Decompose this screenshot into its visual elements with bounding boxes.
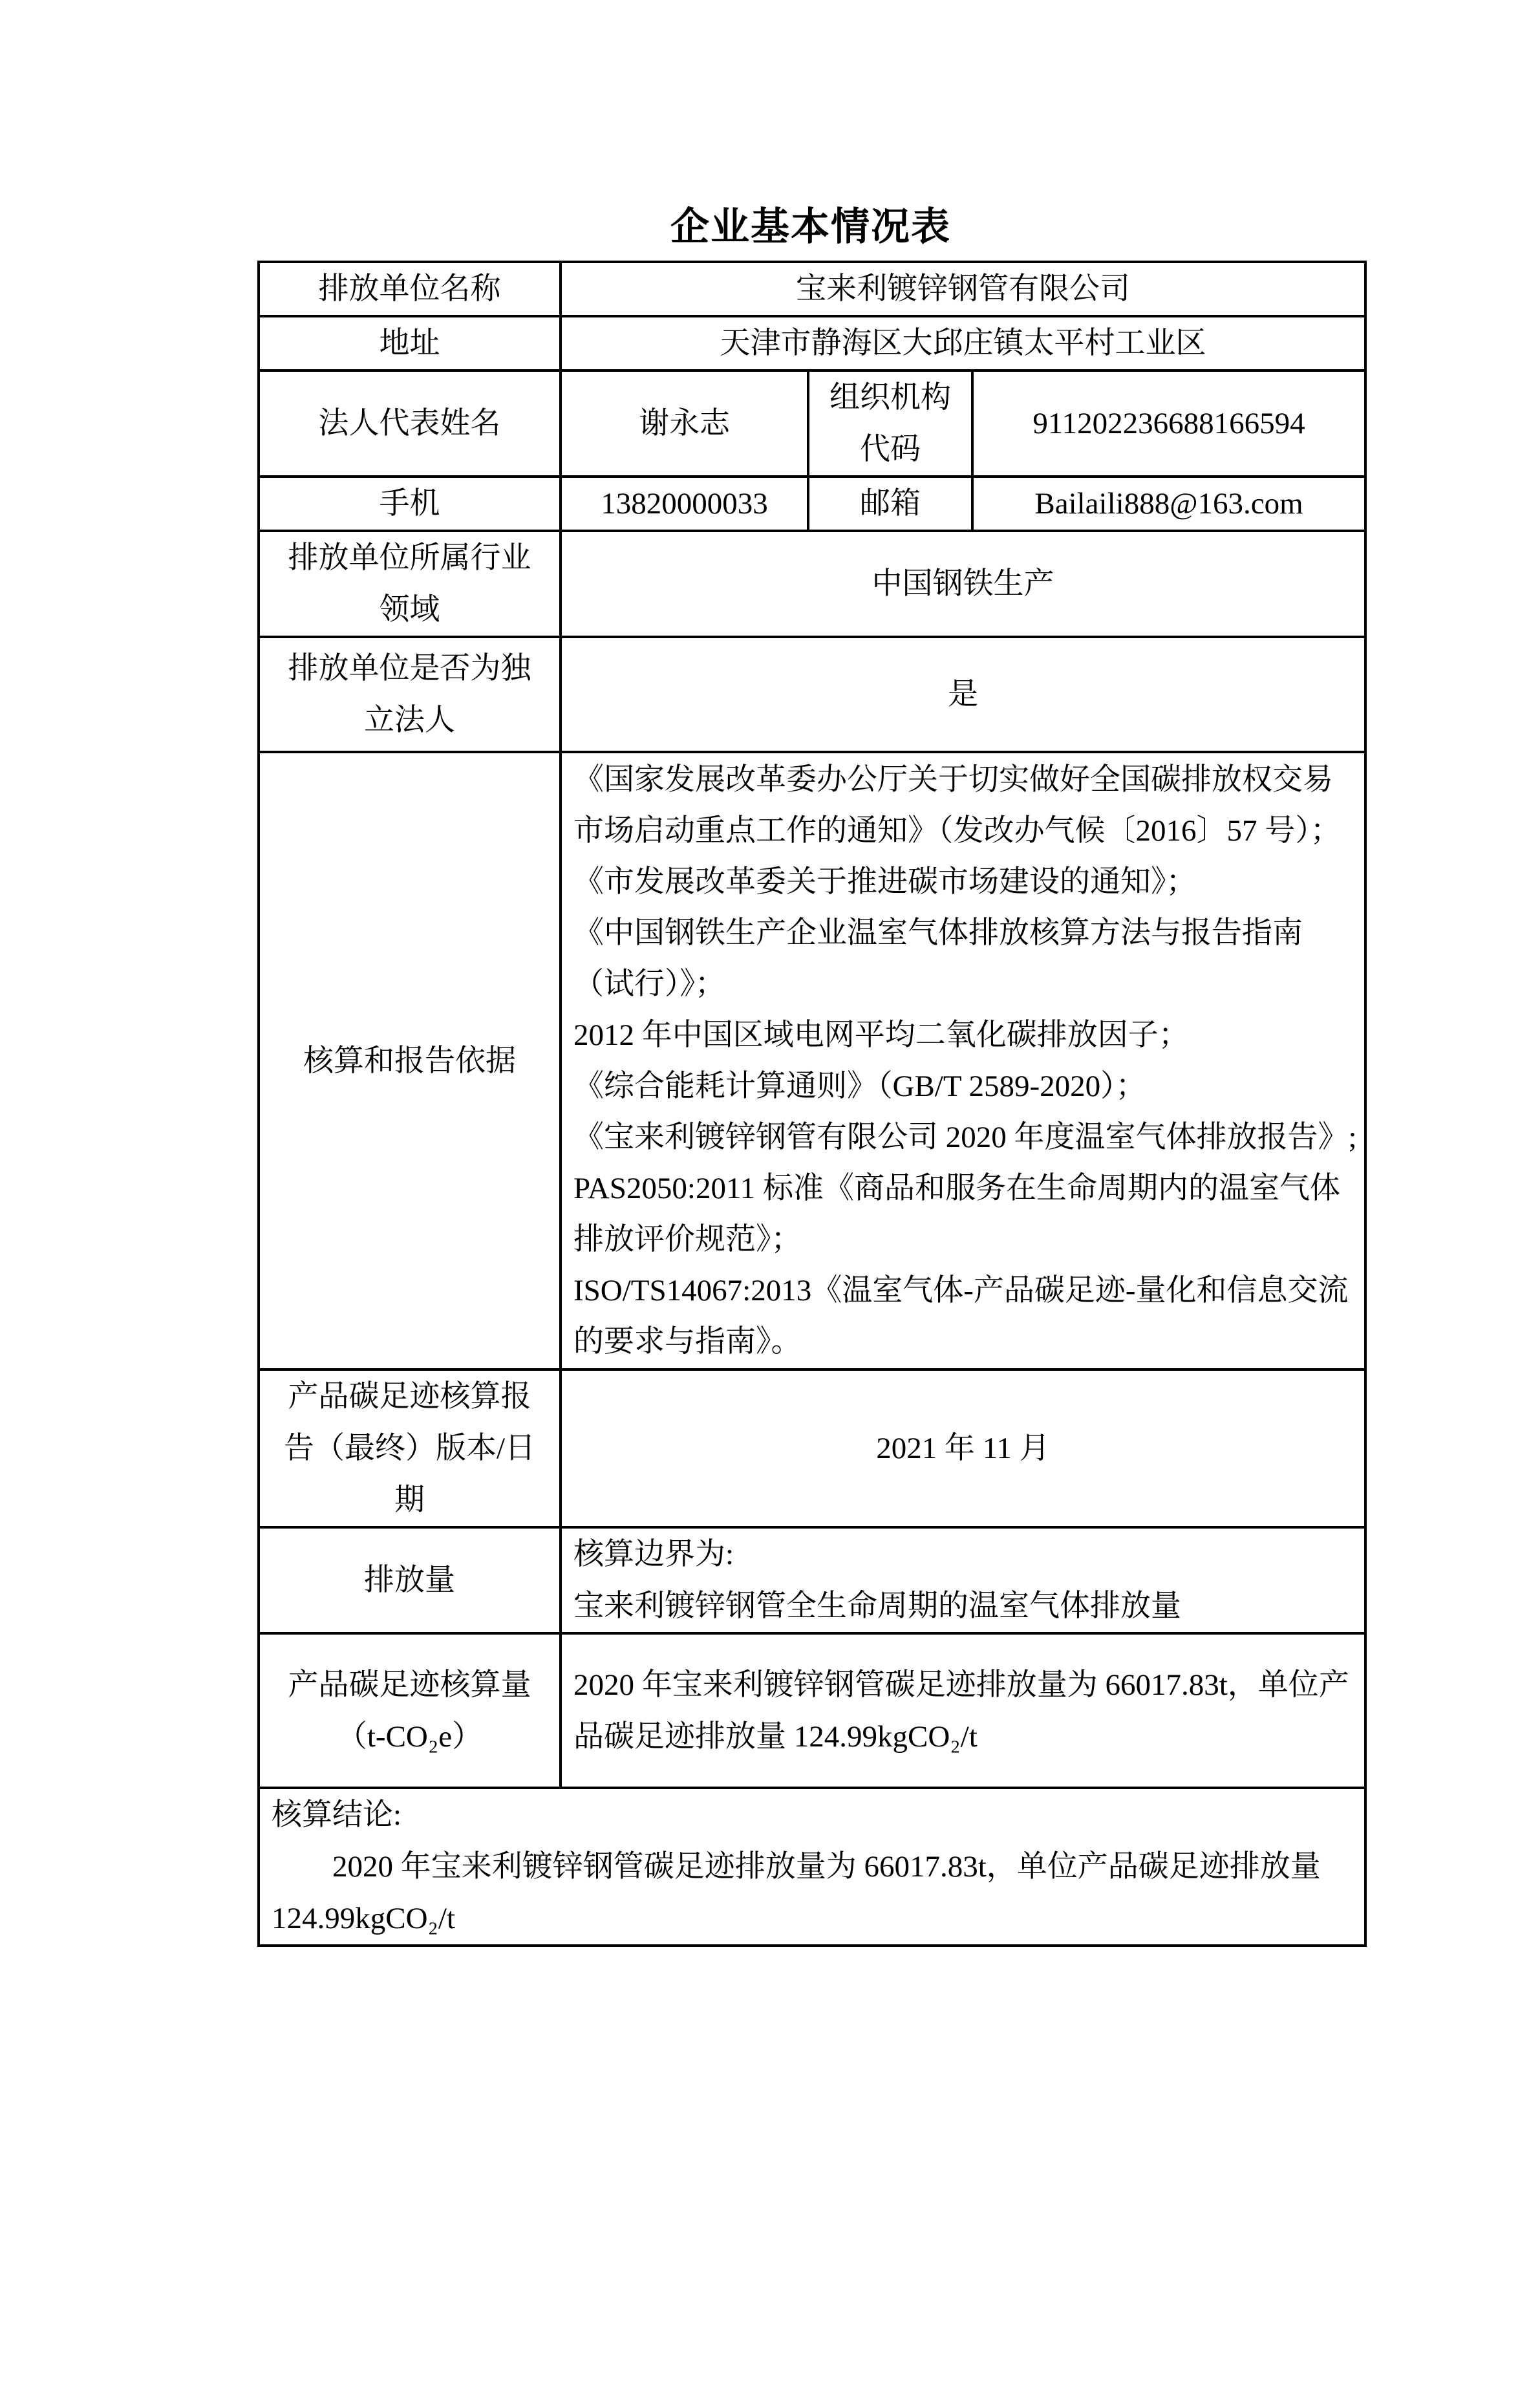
conclusion-cell: 核算结论: 2020 年宝来利镀锌钢管碳足迹排放量为 66017.83t，单位产… (259, 1788, 1365, 1946)
field-emitter-name-label: 排放单位名称 (259, 262, 561, 316)
field-industry-label: 排放单位所属行业 领域 (259, 531, 561, 637)
table-row: 排放量 核算边界为: 宝来利镀锌钢管全生命周期的温室气体排放量 (259, 1527, 1365, 1633)
page-title: 企业基本情况表 (257, 206, 1364, 248)
field-email-label: 邮箱 (808, 477, 972, 531)
field-emissions-value: 核算边界为: 宝来利镀锌钢管全生命周期的温室气体排放量 (561, 1527, 1365, 1633)
field-report-version-label: 产品碳足迹核算报 告（最终）版本/日 期 (259, 1369, 561, 1527)
field-emissions-label: 排放量 (259, 1527, 561, 1633)
field-mobile-value: 13820000033 (561, 477, 808, 531)
field-legal-rep-label: 法人代表姓名 (259, 370, 561, 477)
table-row: 产品碳足迹核算量 （t-CO₂e） 2020 年宝来利镀锌钢管碳足迹排放量为 6… (259, 1633, 1365, 1788)
field-footprint-amount-value: 2020 年宝来利镀锌钢管碳足迹排放量为 66017.83t，单位产 品碳足迹排… (561, 1633, 1365, 1788)
field-org-code-label: 组织机构 代码 (808, 370, 972, 477)
field-address-label: 地址 (259, 316, 561, 370)
field-accounting-basis-label: 核算和报告依据 (259, 752, 561, 1369)
field-independent-entity-value: 是 (561, 637, 1365, 752)
table-row: 排放单位所属行业 领域 中国钢铁生产 (259, 531, 1365, 637)
field-mobile-label: 手机 (259, 477, 561, 531)
field-legal-rep-value: 谢永志 (561, 370, 808, 477)
field-address-value: 天津市静海区大邱庄镇太平村工业区 (561, 316, 1365, 370)
document-page: { "title": "企业基本情况表", "table": { "rows":… (0, 206, 1540, 2384)
table-row: 排放单位名称 宝来利镀锌钢管有限公司 (259, 262, 1365, 316)
table-row: 地址 天津市静海区大邱庄镇太平村工业区 (259, 316, 1365, 370)
field-independent-entity-label: 排放单位是否为独 立法人 (259, 637, 561, 752)
field-industry-value: 中国钢铁生产 (561, 531, 1365, 637)
table-row: 产品碳足迹核算报 告（最终）版本/日 期 2021 年 11 月 (259, 1369, 1365, 1527)
table-row: 核算和报告依据 《国家发展改革委办公厅关于切实做好全国碳排放权交易 市场启动重点… (259, 752, 1365, 1369)
field-email-value: Bailaili888@163.com (972, 477, 1365, 531)
field-accounting-basis-value: 《国家发展改革委办公厅关于切实做好全国碳排放权交易 市场启动重点工作的通知》（发… (561, 752, 1365, 1369)
table-row: 手机 13820000033 邮箱 Bailaili888@163.com (259, 477, 1365, 531)
field-footprint-amount-label: 产品碳足迹核算量 （t-CO₂e） (259, 1633, 561, 1788)
table-row: 核算结论: 2020 年宝来利镀锌钢管碳足迹排放量为 66017.83t，单位产… (259, 1788, 1365, 1946)
field-org-code-value: 911202236688166594 (972, 370, 1365, 477)
field-emitter-name-value: 宝来利镀锌钢管有限公司 (561, 262, 1365, 316)
company-info-table: 排放单位名称 宝来利镀锌钢管有限公司 地址 天津市静海区大邱庄镇太平村工业区 法… (257, 261, 1367, 1947)
table-row: 排放单位是否为独 立法人 是 (259, 637, 1365, 752)
field-report-version-value: 2021 年 11 月 (561, 1369, 1365, 1527)
table-row: 法人代表姓名 谢永志 组织机构 代码 911202236688166594 (259, 370, 1365, 477)
